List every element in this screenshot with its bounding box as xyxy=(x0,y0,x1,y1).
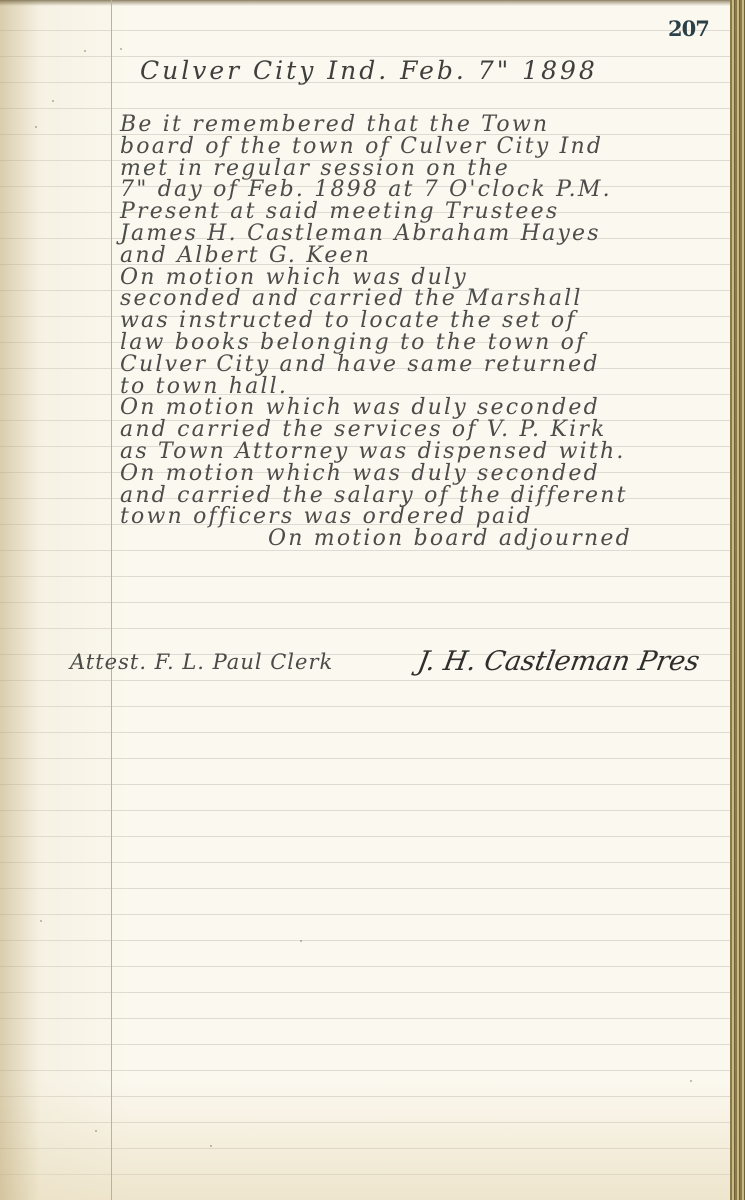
body-line: Be it remembered that the Town xyxy=(120,114,632,136)
page-edge-stack xyxy=(730,0,745,1200)
red-margin-rule xyxy=(111,0,112,1200)
body-line: 7" day of Feb. 1898 at 7 O'clock P.M. xyxy=(120,179,632,201)
body-line: Culver City and have same returned xyxy=(120,354,632,376)
body-line: board of the town of Culver City Ind xyxy=(120,136,632,158)
body-line: law books belonging to the town of xyxy=(120,332,632,354)
body-line: Present at said meeting Trustees xyxy=(120,201,632,223)
ledger-page: 207 Culver City Ind. Feb. 7" 1898 Be it … xyxy=(0,0,745,1200)
body-line: On motion which was duly xyxy=(120,267,632,289)
body-line: as Town Attorney was dispensed with. xyxy=(120,441,632,463)
body-line: town officers was ordered paid xyxy=(120,506,632,528)
body-line: James H. Castleman Abraham Hayes xyxy=(120,223,632,245)
minutes-heading: Culver City Ind. Feb. 7" 1898 xyxy=(140,56,598,85)
attest-clerk: Attest. F. L. Paul Clerk xyxy=(70,650,333,674)
president-signature: J. H. Castleman Pres xyxy=(415,646,702,677)
body-line: was instructed to locate the set of xyxy=(120,310,632,332)
body-line: and Albert G. Keen xyxy=(120,245,632,267)
body-line: On motion which was duly seconded xyxy=(120,463,632,485)
body-line: to town hall. xyxy=(120,376,632,398)
body-line: met in regular session on the xyxy=(120,158,632,180)
body-line: On motion which was duly seconded xyxy=(120,397,632,419)
body-line: and carried the services of V. P. Kirk xyxy=(120,419,632,441)
page-number: 207 xyxy=(668,16,709,41)
body-line: and carried the salary of the different xyxy=(120,485,632,507)
minutes-body: Be it remembered that the Town board of … xyxy=(120,114,632,550)
body-line: seconded and carried the Marshall xyxy=(120,288,632,310)
body-line-adjourned: On motion board adjourned xyxy=(120,528,632,550)
